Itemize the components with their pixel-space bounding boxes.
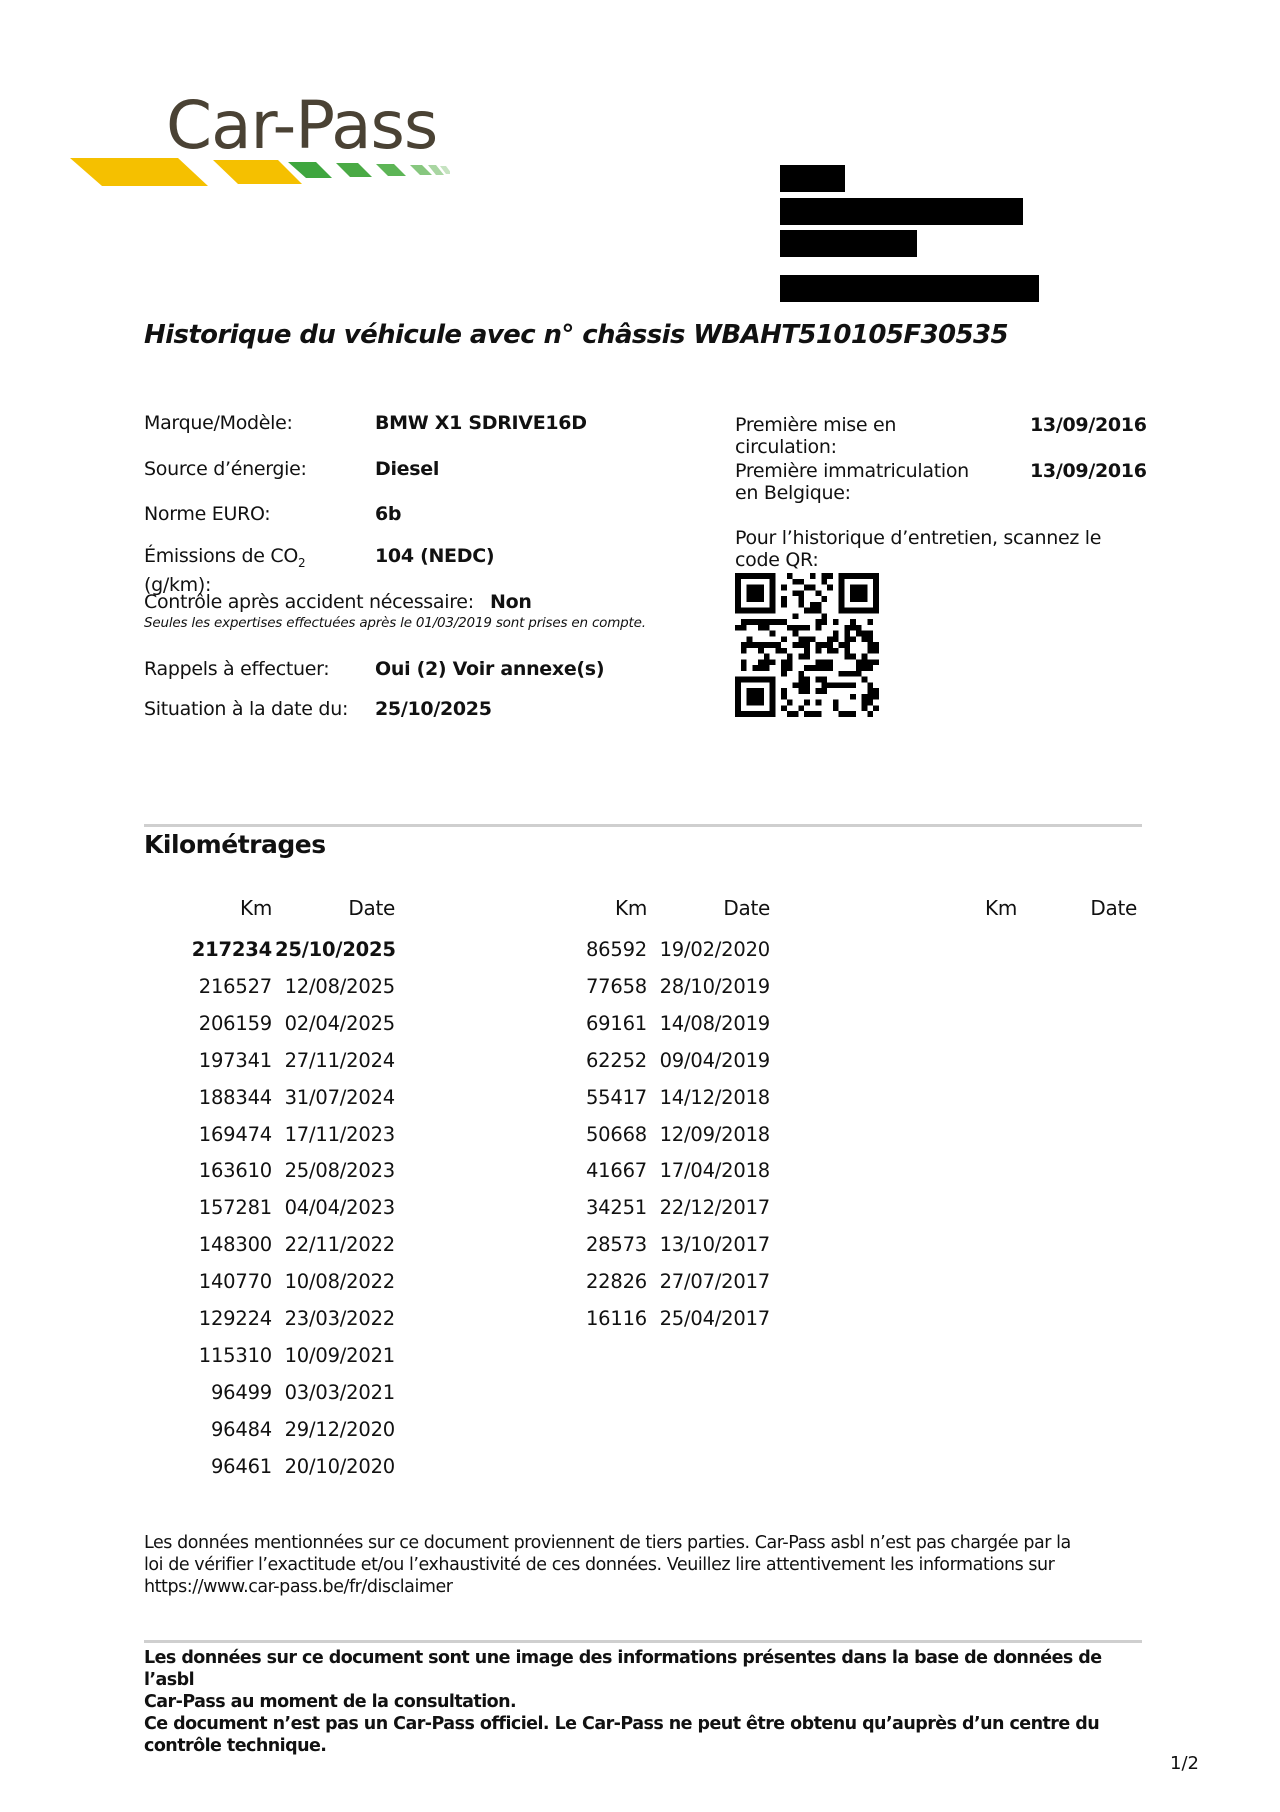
col-header-km: Km <box>585 896 647 920</box>
km-value: 96484 <box>172 1418 272 1441</box>
km-value: 86592 <box>547 938 647 961</box>
km-value: 55417 <box>547 1086 647 1109</box>
disclaimer-line: Ce document n’est pas un Car-Pass offici… <box>144 1713 1154 1735</box>
label-energy-source: Source d’énergie: <box>144 458 307 480</box>
km-value: 62252 <box>547 1049 647 1072</box>
km-value: 96461 <box>172 1455 272 1478</box>
km-value: 115310 <box>172 1344 272 1367</box>
km-value: 163610 <box>172 1159 272 1182</box>
km-value: 69161 <box>547 1012 647 1035</box>
km-date: 13/10/2017 <box>650 1233 770 1256</box>
redaction-bar <box>780 275 1039 302</box>
section-divider <box>144 1640 1142 1643</box>
logo-stripes-icon <box>70 156 450 196</box>
page-number: 1/2 <box>1170 1753 1199 1774</box>
km-value: 50668 <box>547 1123 647 1146</box>
km-value: 148300 <box>172 1233 272 1256</box>
qr-text-line: code QR: <box>735 549 818 571</box>
km-value: 217234 <box>172 938 272 961</box>
qr-text-line: Pour l’historique d’entretien, scannez l… <box>735 527 1101 549</box>
km-value: 28573 <box>547 1233 647 1256</box>
km-value: 169474 <box>172 1123 272 1146</box>
km-date: 09/04/2019 <box>650 1049 770 1072</box>
km-value: 140770 <box>172 1270 272 1293</box>
km-date: 17/11/2023 <box>275 1123 395 1146</box>
km-date: 23/03/2022 <box>275 1307 395 1330</box>
disclaimer-line: contrôle technique. <box>144 1735 1154 1757</box>
km-date: 14/08/2019 <box>650 1012 770 1035</box>
logo-wordmark: Car-Pass <box>166 88 437 164</box>
value-first-circulation: 13/09/2016 <box>1030 414 1147 436</box>
value-first-registration-belgium: 13/09/2016 <box>1030 460 1147 482</box>
document-title: Historique du véhicule avec n° châssis W… <box>144 320 1008 350</box>
label-line: Première mise en <box>735 414 896 436</box>
km-value: 216527 <box>172 975 272 998</box>
redaction-bar <box>780 198 1023 225</box>
km-date: 10/09/2021 <box>275 1344 395 1367</box>
km-date: 22/12/2017 <box>650 1196 770 1219</box>
km-date: 29/12/2020 <box>275 1418 395 1441</box>
km-date: 02/04/2025 <box>275 1012 395 1035</box>
label-line: circulation: <box>735 436 837 458</box>
value-make-model: BMW X1 SDRIVE16D <box>375 412 587 434</box>
km-date: 14/12/2018 <box>650 1086 770 1109</box>
value-co2-emissions: 104 (NEDC) <box>375 545 494 567</box>
km-date: 31/07/2024 <box>275 1086 395 1109</box>
km-value: 96499 <box>172 1381 272 1404</box>
km-date: 27/07/2017 <box>650 1270 770 1293</box>
label-situation-date: Situation à la date du: <box>144 698 348 720</box>
col-header-km: Km <box>955 896 1017 920</box>
disclaimer-line: Les données mentionnées sur ce document … <box>144 1532 1154 1554</box>
km-date: 22/11/2022 <box>275 1233 395 1256</box>
car-pass-logo: Car-Pass <box>70 88 450 198</box>
disclaimer-line: loi de vérifier l’exactitude et/ou l’exh… <box>144 1554 1154 1576</box>
section-divider <box>144 824 1142 827</box>
km-value: 157281 <box>172 1196 272 1219</box>
label-first-registration-belgium: Première immatriculation en Belgique: <box>735 460 969 504</box>
km-date: 19/02/2020 <box>650 938 770 961</box>
km-date: 28/10/2019 <box>650 975 770 998</box>
col-header-date: Date <box>1062 896 1137 920</box>
redaction-bar <box>780 165 845 192</box>
disclaimer-line: Car-Pass au moment de la consultation. <box>144 1691 1154 1713</box>
label-line: Première immatriculation <box>735 460 969 482</box>
qr-code-icon[interactable] <box>735 573 879 717</box>
km-value: 34251 <box>547 1196 647 1219</box>
col-header-date: Date <box>320 896 395 920</box>
km-value: 129224 <box>172 1307 272 1330</box>
km-date: 12/09/2018 <box>650 1123 770 1146</box>
label-line: en Belgique: <box>735 482 851 504</box>
km-date: 04/04/2023 <box>275 1196 395 1219</box>
label-first-circulation: Première mise en circulation: <box>735 414 896 458</box>
km-value: 188344 <box>172 1086 272 1109</box>
label-accident-check: Contrôle après accident nécessaire: <box>144 591 474 613</box>
label-co2-subscript: 2 <box>298 556 305 570</box>
km-value: 77658 <box>547 975 647 998</box>
col-header-date: Date <box>695 896 770 920</box>
col-header-km: Km <box>210 896 272 920</box>
value-recalls[interactable]: Oui (2) Voir annexe(s) <box>375 658 604 680</box>
km-value: 16116 <box>547 1307 647 1330</box>
km-date: 20/10/2020 <box>275 1455 395 1478</box>
label-make-model: Marque/Modèle: <box>144 412 293 434</box>
accident-check-note: Seules les expertises effectuées après l… <box>144 615 646 631</box>
km-date: 03/03/2021 <box>275 1381 395 1404</box>
value-situation-date: 25/10/2025 <box>375 698 492 720</box>
label-co2-emissions: Émissions de CO2 (g/km): <box>144 545 305 596</box>
km-value: 41667 <box>547 1159 647 1182</box>
km-date: 25/04/2017 <box>650 1307 770 1330</box>
km-date: 12/08/2025 <box>275 975 395 998</box>
km-date: 27/11/2024 <box>275 1049 395 1072</box>
label-co2-main: Émissions de CO <box>144 545 298 567</box>
km-value: 197341 <box>172 1049 272 1072</box>
km-value: 206159 <box>172 1012 272 1035</box>
qr-instructions: Pour l’historique d’entretien, scannez l… <box>735 527 1101 571</box>
value-euro-norm: 6b <box>375 503 401 525</box>
km-date: 17/04/2018 <box>650 1159 770 1182</box>
label-recalls: Rappels à effectuer: <box>144 658 329 680</box>
km-date: 10/08/2022 <box>275 1270 395 1293</box>
value-accident-check: Non <box>490 591 532 613</box>
km-date: 25/10/2025 <box>275 938 395 961</box>
km-date: 25/08/2023 <box>275 1159 395 1182</box>
disclaimer-third-party: Les données mentionnées sur ce document … <box>144 1532 1154 1598</box>
redaction-bar <box>780 230 917 257</box>
disclaimer-line: Les données sur ce document sont une ima… <box>144 1647 1154 1691</box>
disclaimer-official: Les données sur ce document sont une ima… <box>144 1647 1154 1757</box>
km-value: 22826 <box>547 1270 647 1293</box>
kilometrages-heading: Kilométrages <box>144 830 326 859</box>
disclaimer-link[interactable]: https://www.car-pass.be/fr/disclaimer <box>144 1576 1154 1598</box>
label-euro-norm: Norme EURO: <box>144 503 270 525</box>
value-energy-source: Diesel <box>375 458 439 480</box>
